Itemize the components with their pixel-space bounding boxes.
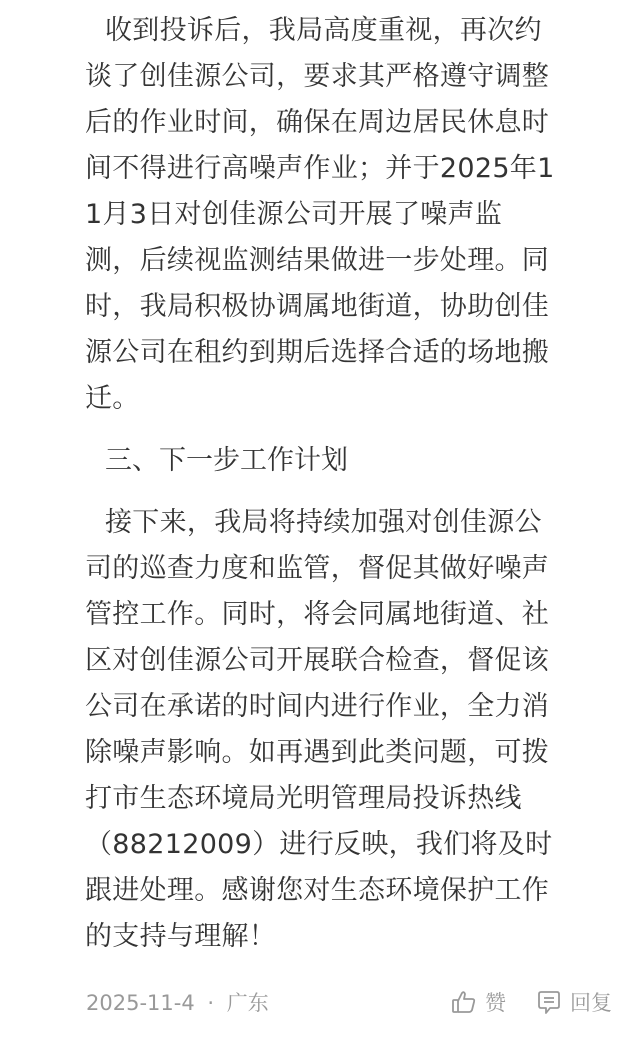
paragraph-line: 区对创佳源公司开展联合检查，督促该 (85, 638, 595, 684)
paragraph-line: 接下来，我局将持续加强对创佳源公 (85, 500, 595, 546)
comment-date: 2025-11-4 (86, 991, 195, 1015)
reply-label: 回复 (570, 987, 612, 1017)
like-button[interactable]: 赞 (451, 987, 506, 1017)
comment-meta: 2025-11-4 · 广东 (86, 987, 421, 1017)
paragraph-line: 司的巡查力度和监管，督促其做好噪声 (85, 546, 595, 592)
comment-location: 广东 (227, 991, 269, 1015)
paragraph-line: 打市生态环境局光明管理局投诉热线 (85, 776, 595, 822)
meta-separator: · (207, 991, 214, 1015)
paragraph-line: 1月3日对创佳源公司开展了噪声监 (85, 192, 595, 238)
paragraph-line: 源公司在租约到期后选择合适的场地搬 (85, 330, 595, 376)
paragraph-line: 收到投诉后，我局高度重视，再次约 (85, 8, 595, 54)
section-heading: 三、下一步工作计划 (85, 438, 595, 484)
reply-button[interactable]: 回复 (536, 987, 612, 1017)
paragraph-line: 测，后续视监测结果做进一步处理。同 (85, 238, 595, 284)
comment-footer: 2025-11-4 · 广东 赞 回复 (86, 984, 612, 1020)
paragraph-line: 管控工作。同时，将会同属地街道、社 (85, 592, 595, 638)
paragraph-line: 的支持与理解！ (85, 914, 595, 960)
paragraph-line: 谈了创佳源公司，要求其严格遵守调整 (85, 54, 595, 100)
thumbs-up-icon (451, 989, 477, 1015)
paragraph-line: 迁。 (85, 376, 595, 422)
paragraph-line: 跟进处理。感谢您对生态环境保护工作 (85, 868, 595, 914)
paragraph-line: 时，我局积极协调属地街道，协助创佳 (85, 284, 595, 330)
paragraph-line: 后的作业时间，确保在周边居民休息时 (85, 100, 595, 146)
paragraph-line: 间不得进行高噪声作业；并于2025年1 (85, 146, 595, 192)
like-label: 赞 (485, 987, 506, 1017)
paragraph-line: （88212009）进行反映，我们将及时 (85, 822, 595, 868)
paragraph-line: 公司在承诺的时间内进行作业，全力消 (85, 684, 595, 730)
comment-icon (536, 989, 562, 1015)
paragraph-line: 除噪声影响。如再遇到此类问题，可拨 (85, 730, 595, 776)
comment-body: 收到投诉后，我局高度重视，再次约 谈了创佳源公司，要求其严格遵守调整 后的作业时… (85, 8, 595, 960)
